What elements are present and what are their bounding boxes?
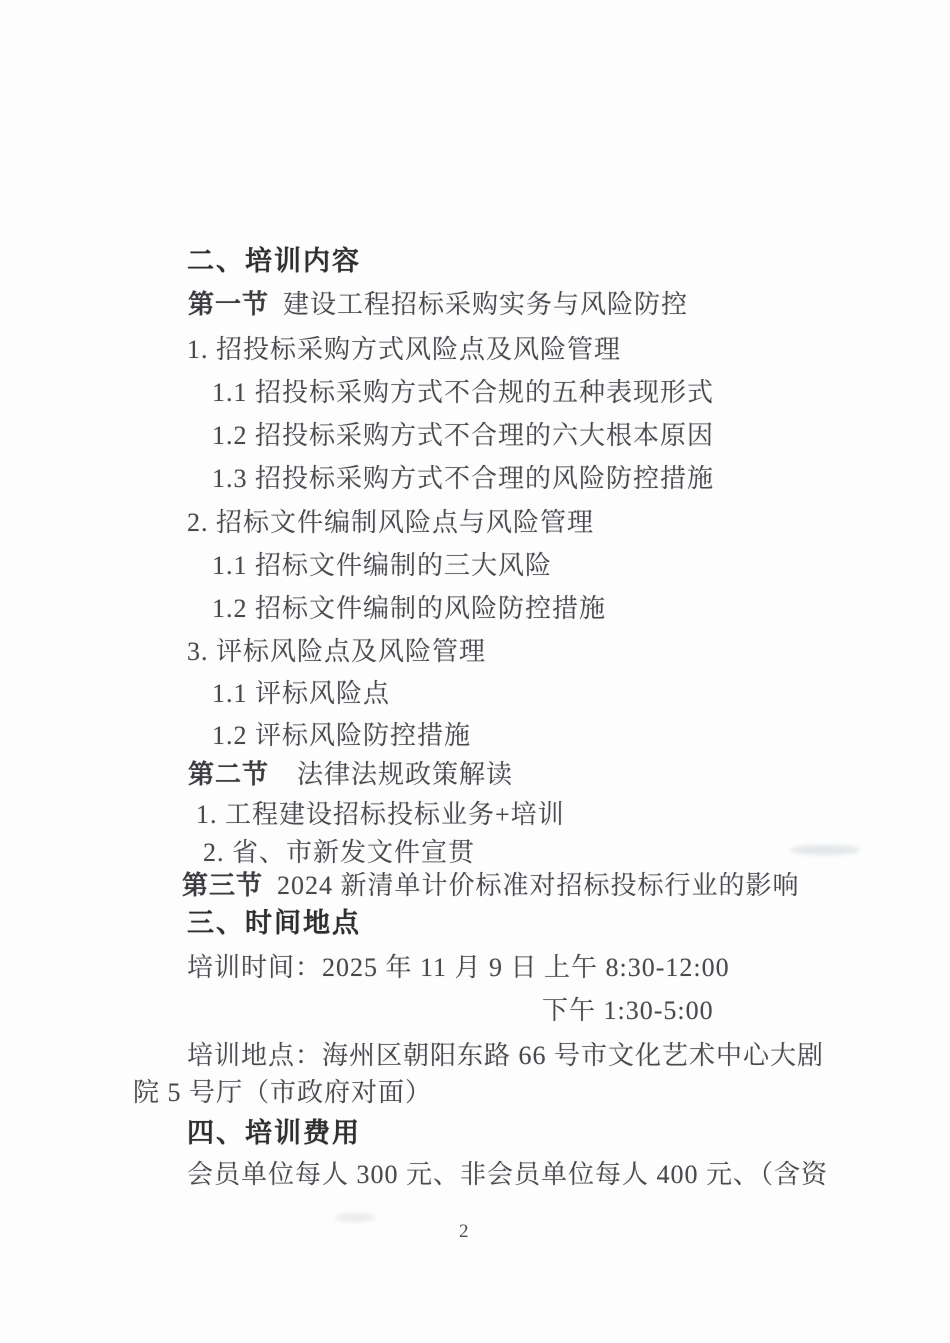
part1-topic-3-sub-2: 1.2 评标风险防控措施 [212,722,471,751]
part1-label: 第一节 [188,290,269,319]
part3-label: 第三节 [182,871,263,900]
training-location-line-2: 院 5 号厅（市政府对面） [133,1079,432,1108]
part2-title: 第二节法律法规政策解读 [188,761,513,790]
scan-smudge [790,845,860,855]
part2-label: 第二节 [188,760,269,789]
part2-name: 法律法规政策解读 [297,760,513,789]
part1-topic-1-sub-3: 1.3 招投标采购方式不合理的风险防控措施 [212,465,714,494]
section-heading-training-content: 二、培训内容 [187,247,361,277]
part1-topic-1-sub-1: 1.1 招投标采购方式不合规的五种表现形式 [212,379,714,408]
time-afternoon: 下午 1:30-5:00 [542,997,714,1026]
part1-topic-3-sub-1: 1.1 评标风险点 [212,680,390,709]
part1-topic-1: 1. 招投标采购方式风险点及风险管理 [187,336,621,365]
part1-name: 建设工程招标采购实务与风险防控 [283,290,688,319]
document-page: 二、培训内容 第一节建设工程招标采购实务与风险防控 1. 招投标采购方式风险点及… [0,0,950,1343]
training-time-line: 培训时间：2025 年 11 月 9 日 上午 8:30-12:00 [187,954,538,983]
part3-title: 第三节2024 新清单计价标准对招标投标行业的影响 [182,872,800,901]
part2-topic-2: 2. 省、市新发文件宣贯 [203,839,475,868]
training-location-line-1: 培训地点：海州区朝阳东路 66 号市文化艺术中心大剧 [187,1042,824,1071]
part1-topic-1-sub-2: 1.2 招投标采购方式不合理的六大根本原因 [212,422,714,451]
scan-smudge [335,1213,375,1222]
section-heading-training-fee: 四、培训费用 [187,1119,361,1149]
fee-line: 会员单位每人 300 元、非会员单位每人 400 元、（含资 [187,1161,828,1190]
page-number: 2 [459,1221,469,1243]
part2-topic-1: 1. 工程建设招标投标业务+培训 [196,801,565,830]
part1-topic-2-sub-2: 1.2 招标文件编制的风险防控措施 [212,595,606,624]
time-morning: 上午 8:30-12:00 [544,954,730,983]
part1-topic-3: 3. 评标风险点及风险管理 [187,638,486,667]
training-time-prefix: 培训时间：2025 年 11 月 9 日 [187,953,538,982]
section-heading-time-location: 三、时间地点 [187,909,361,939]
part1-title: 第一节建设工程招标采购实务与风险防控 [188,291,688,320]
part3-name: 2024 新清单计价标准对招标投标行业的影响 [277,871,800,900]
part1-topic-2-sub-1: 1.1 招标文件编制的三大风险 [212,552,552,581]
part1-topic-2: 2. 招标文件编制风险点与风险管理 [187,509,594,538]
